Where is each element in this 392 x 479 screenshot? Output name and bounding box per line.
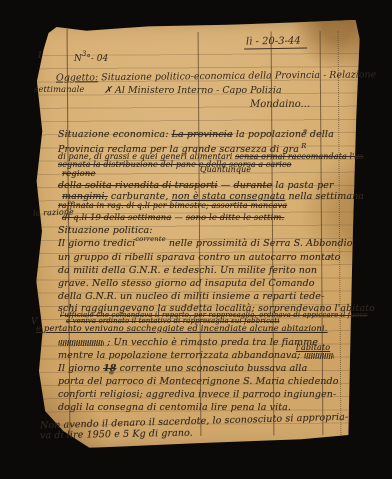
handwriting-line: segnata la distribuzione del pane e dell… [58,161,291,169]
handwriting-line: mentre la popolazione terrorizzata abban… [58,351,334,361]
document-photo: lì - 20-3-44 N3°- 04 Oggetto: Situazione… [0,0,392,479]
protocol-number: N3°- 04 [74,54,108,64]
handwriting-line: raffinata in rag. di q.li per bimestre; … [58,202,287,210]
recipient-line: ✗ Al Ministero Interno - Capo Polizia [104,85,282,96]
protocol-superscript: 3 [82,50,86,58]
page-mark: 1 [37,52,43,61]
handwriting-line: Il giorno 18 corrente uno sconosciuto bu… [58,364,307,374]
scribble [304,353,334,359]
handwriting-line: e pertanto venivano saccheggiate ed ince… [36,325,328,334]
handwriting-line: va di lire 1950 e 5 Kg di grano. [40,429,193,441]
handwriting-line: regione [62,170,96,179]
handwriting-line: Il giorno tredicicorrente nelle prossimi… [58,239,353,249]
subject-text: Situazione politico-economica della Prov… [98,69,376,83]
recipient-text: Al Ministero Interno - Capo Polizia [115,85,282,96]
protocol-n: N [74,54,82,64]
handwriting-layer: lì - 20-3-44 N3°- 04 Oggetto: Situazione… [0,0,392,479]
handwriting-line: di q.li 19 della settimana — sono le dit… [62,214,284,223]
handwriting-line: un gruppo di ribelli sparava contro un a… [58,253,340,263]
handwriting-line: Quantunque [200,166,251,174]
date: lì - 20-3-44 [244,35,307,49]
x-mark: ✗ [104,85,115,96]
handwriting-line: grave. Nello stesso giorno ad insaputa d… [58,279,315,289]
handwriting-line: ; Un vecchio è rimasto preda tra le fiam… [58,338,318,348]
scribble [58,340,104,346]
handwriting-line: della solita rivendita di trasporti — du… [58,181,334,191]
handwriting-line: da militi della G.N.R. e tedeschi. Un mi… [58,266,317,276]
handwriting-line: dogli la consegna di centomila lire pena… [58,403,291,413]
handwriting-line: conforti religiosi; aggrediva invece il … [58,390,336,400]
handwriting-line: della G.N.R. un nucleo di militi insieme… [58,292,324,302]
handwriting-line: l'abitato [296,344,330,352]
protocol-rest: °- 04 [86,54,108,64]
place: Mondaino... [250,99,310,110]
handwriting-line: Non avendo il denaro il sacerdote, lo sc… [40,413,348,431]
handwriting-line: porta del parroco di Montecerignone S. M… [58,377,339,387]
handwriting-line: Situazione economica: La provincia la po… [58,130,334,140]
subject-insert: settimanale [34,85,84,95]
subject-label: Oggetto: [56,72,98,83]
subject-line: Oggetto: Situazione politico-economica d… [56,69,376,83]
